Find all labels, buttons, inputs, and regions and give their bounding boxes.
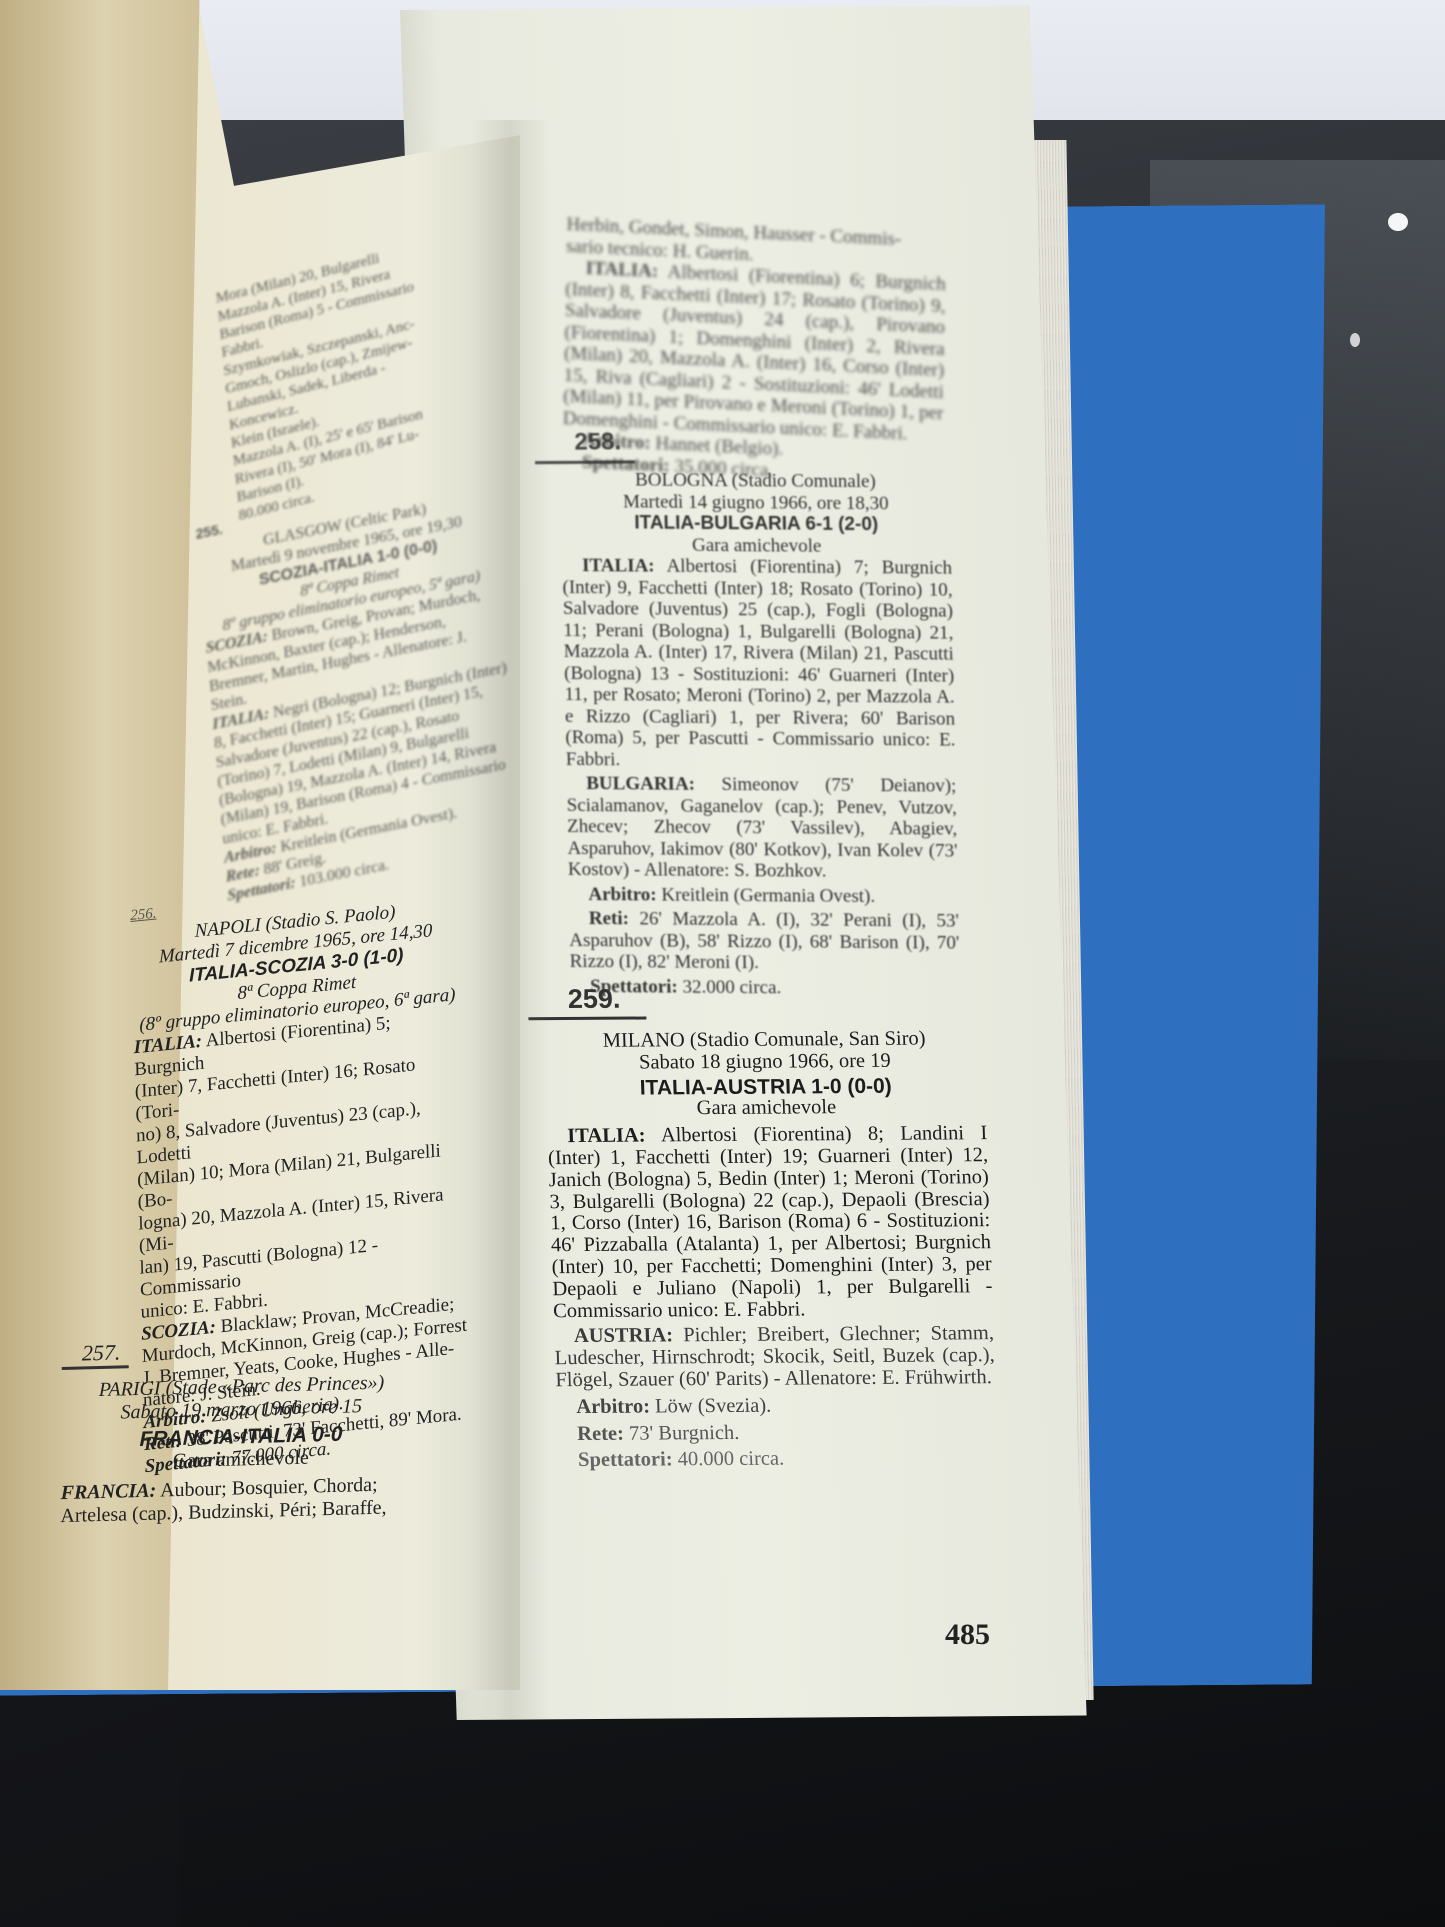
match-entry-255: 255. GLASGOW (Celtic Park) Martedì 9 nov… [195, 468, 523, 906]
continuation-italia: ITALIA: Albertosi (Fiorentina) 6; Burgni… [563, 257, 946, 446]
entry-number: 257. [62, 1340, 129, 1370]
entry-number: 259. [567, 984, 621, 1015]
light-reflection [1388, 213, 1408, 231]
arbitro-label: Arbitro: [576, 1395, 650, 1418]
page-number: 485 [945, 1618, 990, 1652]
team-lineup: Albertosi (Fiorentina) 7; Burgnich (Inte… [562, 556, 955, 770]
team-lineup-italia: ITALIA: Albertosi (Fiorentina) 7; Burgni… [562, 555, 956, 773]
venue: MILANO (Stadio Comunale, San Siro) [544, 1028, 985, 1053]
team-lineup-italia: ITALIA: Albertosi (Fiorentina) 5; Burgni… [133, 1006, 469, 1324]
match-date: Sabato 18 giugno 1966, ore 19 [545, 1050, 986, 1075]
spettatori-label: Spettatori: [578, 1449, 673, 1472]
rete-line: Rete: 73' Burgnich. [557, 1421, 998, 1446]
match-entry-259: MILANO (Stadio Comunale, San Siro) Sabat… [544, 1028, 999, 1472]
match-type: Gara amichevole [561, 533, 951, 557]
team-lineup: Albertosi (Fiorentina) 6; Burgnich (Inte… [563, 261, 946, 443]
arbitro-value: Löw (Svezia). [655, 1394, 772, 1417]
arbitro-value: Kreitlein (Germania Ovest). [661, 884, 875, 906]
arbitro-line: Arbitro: Löw (Svezia). [556, 1394, 997, 1419]
team-label: AUSTRIA: [574, 1325, 674, 1348]
team-label: FRANCIA: [61, 1480, 157, 1505]
match-entry-257: 257. PARIGI (Stade «Parc des Princes») S… [60, 1333, 422, 1529]
match-type: Gara amichevole [546, 1097, 987, 1122]
match-entry-258: BOLOGNA (Stadio Comunale) Martedì 14 giu… [560, 469, 960, 1000]
team-label: ITALIA: [586, 258, 659, 282]
spettatori-line: Spettatori: 32.000 circa. [570, 975, 960, 999]
team-lineup-bulgaria: BULGARIA: Simeonov (75' Deianov); Sciala… [566, 773, 958, 883]
arbitro-line: Arbitro: Kreitlein (Germania Ovest). [568, 883, 958, 907]
match-title: ITALIA-AUSTRIA 1-0 (0-0) [545, 1075, 986, 1100]
spettatori-line: Spettatori: 40.000 circa. [558, 1447, 999, 1472]
match-title: ITALIA-BULGARIA 6-1 (2-0) [561, 512, 951, 536]
match-date: Martedì 14 giugno 1966, ore 18,30 [561, 490, 951, 514]
entry-number: 258. [574, 429, 622, 457]
team-lineup-austria: AUSTRIA: Pichler; Breibert, Glechner; St… [554, 1323, 996, 1391]
spettatori-value: 40.000 circa. [677, 1448, 784, 1471]
team-label: ITALIA: [582, 555, 655, 577]
rete-label: Rete: [577, 1422, 624, 1444]
team-lineup-francia: FRANCIA: Aubour; Bosquier, Chorda; Artel… [60, 1473, 420, 1528]
spettatori-value: 32.000 circa. [682, 976, 781, 998]
team-lineup: Albertosi (Fiorentina) 8; Landini I (Int… [548, 1122, 993, 1321]
team-lineup-italia: ITALIA: Albertosi (Fiorentina) 8; Landin… [547, 1123, 993, 1322]
reti-line: Reti: 26' Mazzola A. (I), 32' Perani (I)… [569, 908, 960, 975]
reti-label: Reti: [589, 908, 630, 929]
team-label: ITALIA: [567, 1125, 646, 1148]
venue: BOLOGNA (Stadio Comunale) [560, 469, 950, 493]
team-label: BULGARIA: [586, 773, 695, 795]
light-reflection [1350, 333, 1360, 347]
arbitro-label: Arbitro: [588, 884, 657, 905]
rete-value: 73' Burgnich. [629, 1421, 740, 1444]
